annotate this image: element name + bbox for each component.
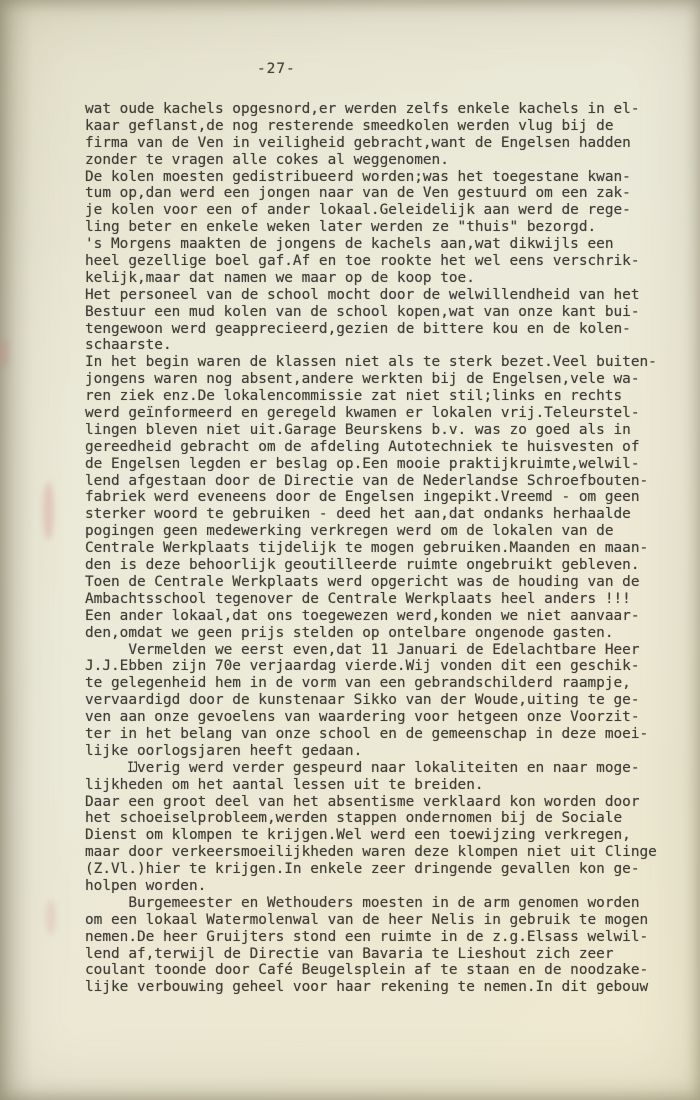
text-line: Burgemeester en Wethouders moesten in de… <box>85 895 675 912</box>
scanned-page: -27- wat oude kachels opgesnord,er werde… <box>0 0 700 1100</box>
text-line: ren ziek enz.De lokalencommissie zat nie… <box>85 388 675 405</box>
text-line: het schoeiselprobleem,werden stappen ond… <box>85 810 675 827</box>
text-line: vervaardigd door de kunstenaar Sikko van… <box>85 692 675 709</box>
text-line: tengewoon werd geapprecieerd,gezien de b… <box>85 321 675 338</box>
text-line: schaarste. <box>85 337 675 354</box>
text-line: Het personeel van de school mocht door d… <box>85 287 675 304</box>
text-line: Toen de Centrale Werkplaats werd opgeric… <box>85 574 675 591</box>
text-line: 's Morgens maakten de jongens de kachels… <box>85 236 675 253</box>
text-line: kelijk,maar dat namen we maar op de koop… <box>85 270 675 287</box>
text-line: lingen bleven niet uit.Garage Beurskens … <box>85 422 675 439</box>
typewritten-text: wat oude kachels opgesnord,er werden zel… <box>85 101 675 996</box>
text-line: lend afgestaan door de Directie van de N… <box>85 473 675 490</box>
text-line: coulant toonde door Café Beugelsplein af… <box>85 962 675 979</box>
text-line: In het begin waren de klassen niet als t… <box>85 354 675 371</box>
text-line: ven aan onze gevoelens van waardering vo… <box>85 709 675 726</box>
text-line: sterker woord te gebruiken - deed het aa… <box>85 506 675 523</box>
text-line: J.J.Ebben zijn 70e verjaardag vierde.Wij… <box>85 658 675 675</box>
pink-smudge <box>46 900 56 934</box>
text-line: Ambachtsschool tegenover de Centrale Wer… <box>85 591 675 608</box>
text-line: den is deze behoorlijk geoutilleerde rui… <box>85 557 675 574</box>
text-line: Ĳverig werd verder gespeurd naar lokalit… <box>85 760 675 777</box>
text-line: Een ander lokaal,dat ons toegewezen werd… <box>85 608 675 625</box>
text-line: Daar een groot deel van het absentisme v… <box>85 794 675 811</box>
text-line: lijke oorlogsjaren heeft gedaan. <box>85 743 675 760</box>
text-line: nemen.De heer Gruijters stond een ruimte… <box>85 929 675 946</box>
text-line: firma van de Ven in veiligheid gebracht,… <box>85 135 675 152</box>
text-line: wat oude kachels opgesnord,er werden zel… <box>85 101 675 118</box>
text-line: tum op,dan werd een jongen naar van de V… <box>85 185 675 202</box>
text-line: heel gezellige boel gaf.Af en toe rookte… <box>85 253 675 270</box>
text-line: Vermelden we eerst even,dat 11 Januari d… <box>85 642 675 659</box>
text-line: Bestuur een mud kolen van de school kope… <box>85 304 675 321</box>
text-line: den,omdat we geen prijs stelden op ontel… <box>85 625 675 642</box>
text-line: Centrale Werkplaats tijdelijk te mogen g… <box>85 540 675 557</box>
text-line: gereedheid gebracht om de afdeling Autot… <box>85 439 675 456</box>
text-line: holpen worden. <box>85 878 675 895</box>
text-line: je kolen voor een of ander lokaal.Geleid… <box>85 202 675 219</box>
text-line: werd geïnformeerd en geregeld kwamen er … <box>85 405 675 422</box>
text-line: (Z.Vl.)hier te krijgen.In enkele zeer dr… <box>85 861 675 878</box>
text-line: de Engelsen legden er beslag op.Een mooi… <box>85 456 675 473</box>
pink-smudge <box>43 482 54 540</box>
text-line: lend af,terwijl de Directie van Bavaria … <box>85 946 675 963</box>
text-line: te gelegenheid hem in de vorm van een ge… <box>85 675 675 692</box>
text-line: pogingen geen medewerking verkregen werd… <box>85 523 675 540</box>
text-line: De kolen moesten gedistribueerd worden;w… <box>85 169 675 186</box>
text-line: kaar geflanst,de nog resterende smeedkol… <box>85 118 675 135</box>
text-line: Dienst om klompen te krijgen.Wel werd ee… <box>85 827 675 844</box>
text-line: zonder te vragen alle cokes al weggenome… <box>85 152 675 169</box>
pink-smudge <box>0 338 9 368</box>
text-line: ling beter en enkele weken later werden … <box>85 219 675 236</box>
page-number: -27- <box>257 61 296 77</box>
text-line: lijkheden om het aantal lessen uit te br… <box>85 777 675 794</box>
text-line: jongens waren nog absent,andere werkten … <box>85 371 675 388</box>
text-line: lijke verbouwing geheel voor haar rekeni… <box>85 979 675 996</box>
text-line: om een lokaal Watermolenwal van de heer … <box>85 912 675 929</box>
text-line: ter in het belang van onze school en de … <box>85 726 675 743</box>
text-line: maar door verkeersmoeilijkheden waren de… <box>85 844 675 861</box>
text-line: fabriek werd eveneens door de Engelsen i… <box>85 489 675 506</box>
